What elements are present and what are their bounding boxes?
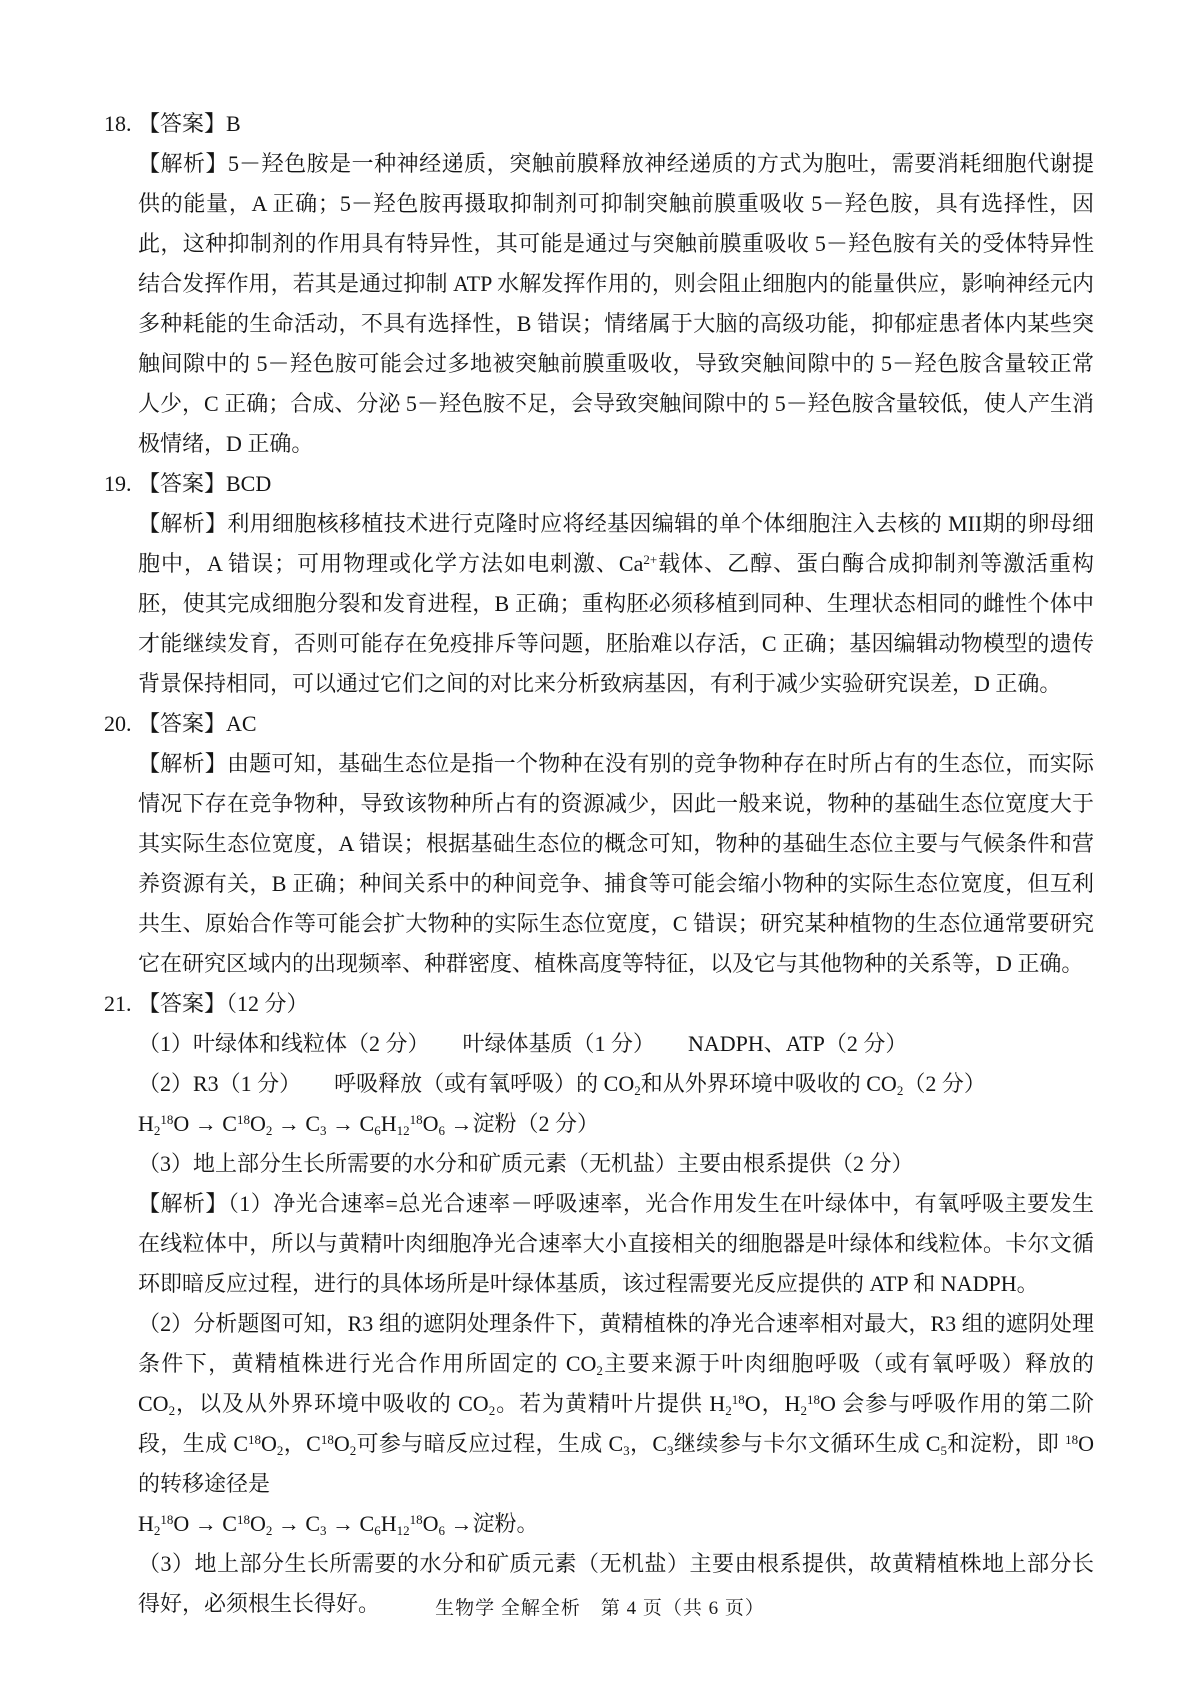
analysis-paragraph: 【解析】由题可知，基础生态位是指一个物种在没有别的竞争物种存在时所占有的生态位，… bbox=[138, 744, 1094, 984]
analysis-paragraph: 【解析】5－羟色胺是一种神经递质，突触前膜释放神经递质的方式为胞吐，需要消耗细胞… bbox=[138, 144, 1094, 464]
question-number: 19. bbox=[104, 464, 138, 504]
question-number: 18. bbox=[104, 104, 138, 144]
item-paragraphs: 【答案】BCD【解析】利用细胞核移植技术进行克隆时应将经基因编辑的单个体细胞注入… bbox=[138, 464, 1094, 704]
analysis-paragraph: 【解析】利用细胞核移植技术进行克隆时应将经基因编辑的单个体细胞注入去核的 MII… bbox=[138, 504, 1094, 704]
analysis-paragraph: 【解析】（1）净光合速率=总光合速率－呼吸速率，光合作用发生在叶绿体中，有氧呼吸… bbox=[138, 1184, 1094, 1304]
answer-item-20: 20. 【答案】AC【解析】由题可知，基础生态位是指一个物种在没有别的竞争物种存… bbox=[104, 704, 1094, 984]
page-footer: 生物学 全解全析 第 4 页（共 6 页） bbox=[0, 1593, 1200, 1620]
formula-line: H218O → C18O2 → C3 → C6H1218O6 →淀粉。 bbox=[138, 1504, 1094, 1544]
answer-item-18: 18. 【答案】B【解析】5－羟色胺是一种神经递质，突触前膜释放神经递质的方式为… bbox=[104, 104, 1094, 464]
answer-item-19: 19. 【答案】BCD【解析】利用细胞核移植技术进行克隆时应将经基因编辑的单个体… bbox=[104, 464, 1094, 704]
analysis-paragraph: （2）分析题图可知，R3 组的遮阴处理条件下，黄精植株的净光合速率相对最大，R3… bbox=[138, 1304, 1094, 1504]
item-paragraphs: 【答案】（12 分）（1）叶绿体和线粒体（2 分） 叶绿体基质（1 分） NAD… bbox=[138, 984, 1094, 1624]
answer-line: （2）R3（1 分） 呼吸释放（或有氧呼吸）的 CO2和从外界环境中吸收的 CO… bbox=[138, 1064, 1094, 1104]
item-paragraphs: 【答案】AC【解析】由题可知，基础生态位是指一个物种在没有别的竞争物种存在时所占… bbox=[138, 704, 1094, 984]
answer-head: 【答案】（12 分） bbox=[138, 984, 1094, 1024]
question-number: 21. bbox=[104, 984, 138, 1024]
item-paragraphs: 【答案】B【解析】5－羟色胺是一种神经递质，突触前膜释放神经递质的方式为胞吐，需… bbox=[138, 104, 1094, 464]
question-number: 20. bbox=[104, 704, 138, 744]
answer-item-21: 21. 【答案】（12 分）（1）叶绿体和线粒体（2 分） 叶绿体基质（1 分）… bbox=[104, 984, 1094, 1624]
answer-head: 【答案】BCD bbox=[138, 464, 1094, 504]
answer-head: 【答案】B bbox=[138, 104, 1094, 144]
answer-line: （3）地上部分生长所需要的水分和矿质元素（无机盐）主要由根系提供（2 分） bbox=[138, 1144, 1094, 1184]
answer-head: 【答案】AC bbox=[138, 704, 1094, 744]
answer-line: （1）叶绿体和线粒体（2 分） 叶绿体基质（1 分） NADPH、ATP（2 分… bbox=[138, 1024, 1094, 1064]
document-page: { "page": { "background": "#ffffff", "te… bbox=[0, 0, 1200, 1698]
answer-key-content: 18. 【答案】B【解析】5－羟色胺是一种神经递质，突触前膜释放神经递质的方式为… bbox=[104, 104, 1094, 1624]
formula-line: H218O → C18O2 → C3 → C6H1218O6 →淀粉（2 分） bbox=[138, 1104, 1094, 1144]
